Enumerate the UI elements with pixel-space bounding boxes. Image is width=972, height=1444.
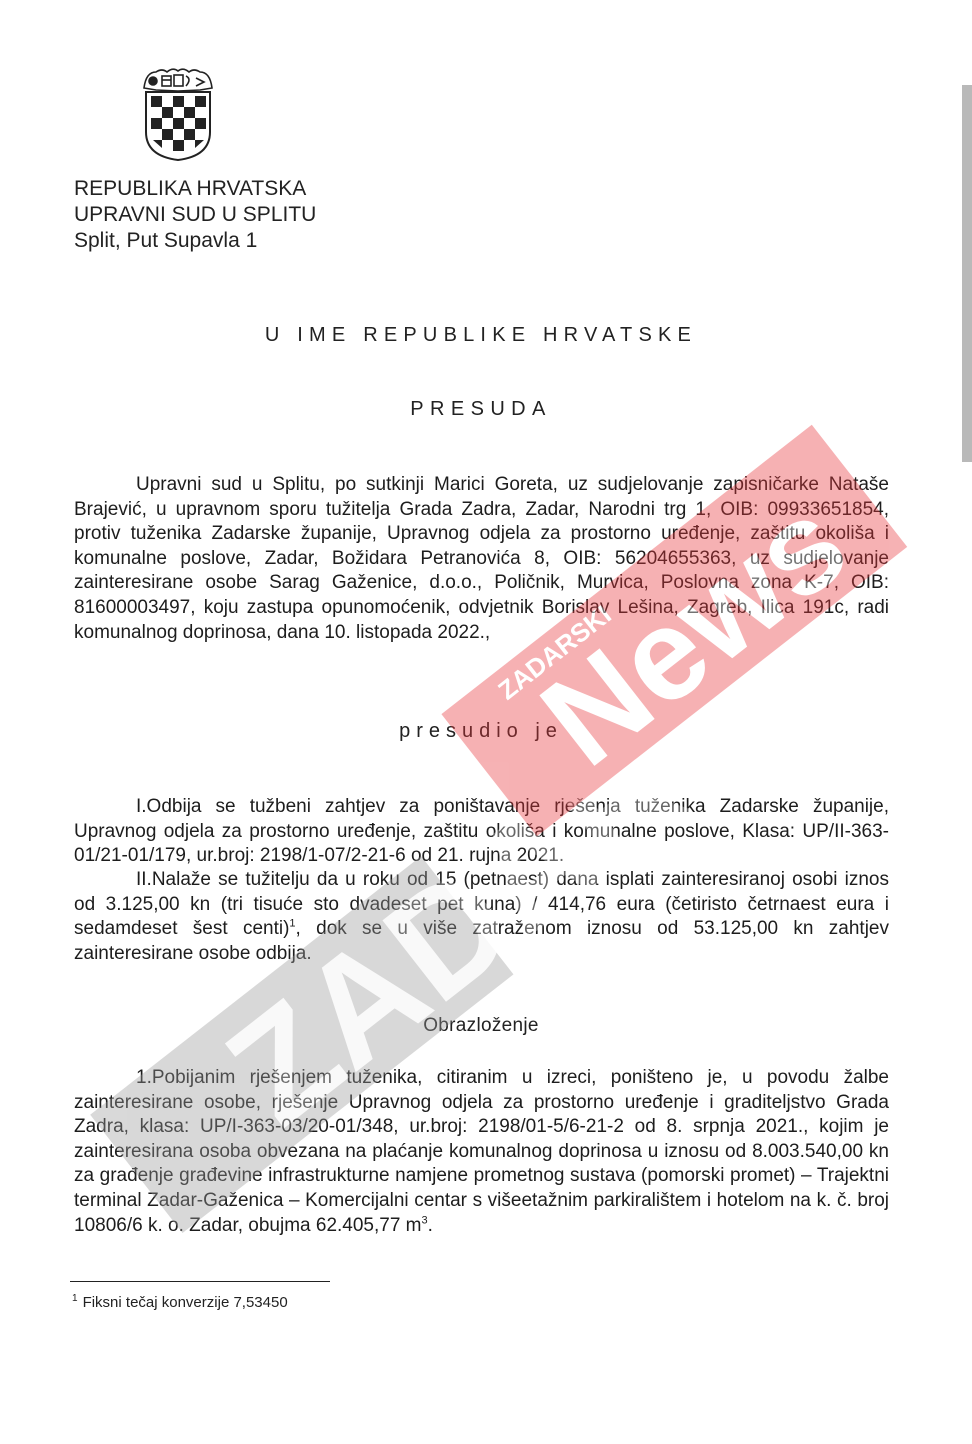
- reasoning-paragraph-1: 1.Pobijanim rješenjem tuženika, citirani…: [74, 1066, 889, 1238]
- footnote-text: Fiksni tečaj konverzije 7,53450: [83, 1294, 288, 1311]
- ruling-point-ii: II.Nalaže se tužitelju da u roku od 15 (…: [74, 868, 889, 966]
- vertical-scrollbar[interactable]: [962, 85, 972, 462]
- intro-text: Upravni sud u Splitu, po sutkinji Marici…: [74, 474, 889, 643]
- title-reasoning: Obrazloženje: [0, 1015, 962, 1037]
- footnote-divider: [70, 1281, 330, 1282]
- footnote: 1Fiksni tečaj konverzije 7,53450: [72, 1294, 288, 1311]
- intro-paragraph: Upravni sud u Splitu, po sutkinji Marici…: [74, 473, 889, 645]
- title-in-name-of-republic: U IME REPUBLIKE HRVATSKE: [0, 324, 962, 347]
- header-court: UPRAVNI SUD U SPLITU: [74, 202, 316, 228]
- title-ruled: presudio je: [0, 720, 962, 743]
- title-judgment: PRESUDA: [0, 398, 962, 421]
- footnote-number: 1: [72, 1293, 78, 1304]
- reasoning-text: 1.Pobijanim rješenjem tuženika, citirani…: [74, 1067, 889, 1236]
- ruling-point-i-text: I.Odbija se tužbeni zahtjev za poništava…: [74, 796, 889, 866]
- ruling-point-i: I.Odbija se tužbeni zahtjev za poništava…: [74, 795, 889, 869]
- header-address: Split, Put Supavla 1: [74, 228, 316, 254]
- header-country: REPUBLIKA HRVATSKA: [74, 176, 316, 202]
- court-document-page: REPUBLIKA HRVATSKA UPRAVNI SUD U SPLITU …: [0, 0, 972, 1444]
- reasoning-text-end: .: [428, 1215, 433, 1236]
- croatian-coat-of-arms-icon: [140, 66, 216, 162]
- court-header: REPUBLIKA HRVATSKA UPRAVNI SUD U SPLITU …: [74, 176, 316, 254]
